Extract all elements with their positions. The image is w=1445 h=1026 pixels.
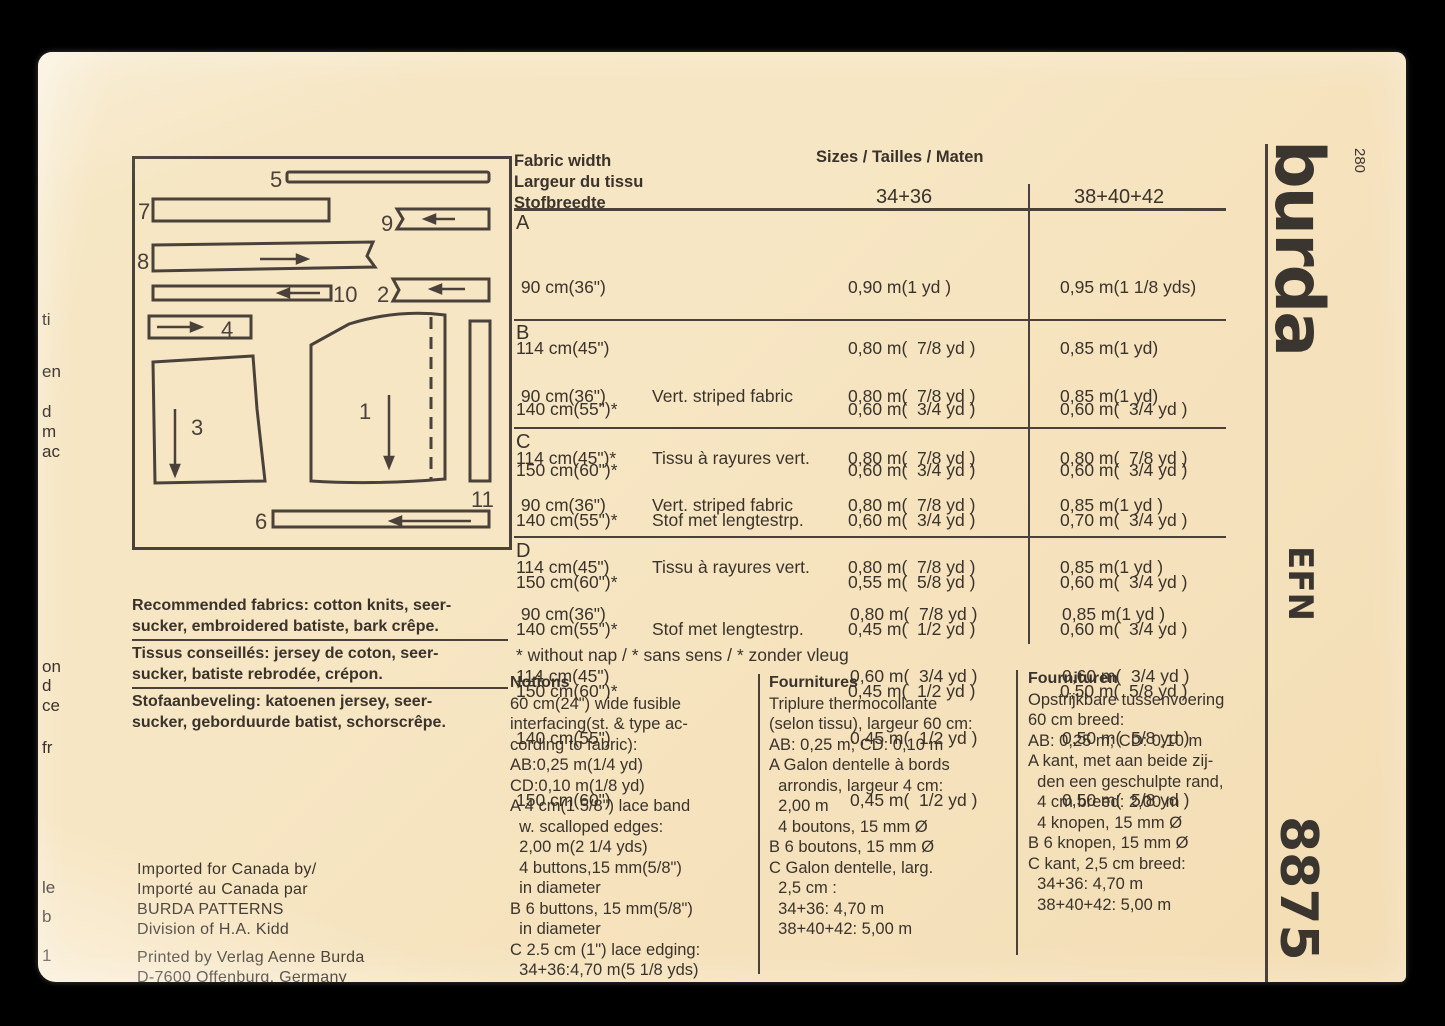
- notion-line: C kant, 2,5 cm breed:: [1028, 854, 1278, 875]
- fabric-note: Tissu à rayures vert.: [652, 557, 810, 577]
- fabric-note: Vert. striped fabric: [652, 495, 793, 515]
- piece-label: 7: [138, 199, 150, 224]
- table-rule: [514, 319, 1226, 321]
- notion-line: interfacing(st. & type ac-: [510, 714, 760, 735]
- notion-line: A 4 cm(1 5/8") lace band: [510, 796, 760, 817]
- edge-fragment: ti: [42, 310, 51, 330]
- imprint-line: BURDA PATTERNS: [137, 900, 316, 920]
- fabric-width: 90 cm(36"): [516, 604, 606, 624]
- notion-line: 34+36: 4,70 m: [1028, 874, 1278, 895]
- notion-line: 38+40+42: 5,00 m: [769, 919, 1019, 940]
- edge-fragment: d: [42, 402, 51, 422]
- piece-label: 4: [221, 317, 233, 342]
- notion-line: A kant, met aan beide zij-: [1028, 751, 1278, 772]
- fabrics-nl-line: Stofaanbeveling: katoenen jersey, seer-: [132, 691, 508, 712]
- notion-line: Triplure thermocollante: [769, 694, 1019, 715]
- fabric-width: 90 cm(36"): [516, 277, 606, 297]
- notion-line: 2,00 m(2 1/4 yds): [510, 837, 760, 858]
- edge-fragment: 1: [42, 946, 51, 966]
- edge-fragment: on: [42, 657, 61, 677]
- notion-line: 60 cm breed:: [1028, 710, 1278, 731]
- notion-line: C 2.5 cm (1") lace edging:: [510, 940, 760, 961]
- notion-line: w. scalloped edges:: [510, 817, 760, 838]
- notions-title-en: Notions: [510, 673, 760, 694]
- view-label: D: [516, 540, 530, 563]
- yardage-34-36: 0,80 m( 7/8 yd ): [848, 338, 975, 358]
- imprint-line: D-7600 Offenburg, Germany: [137, 968, 365, 982]
- notion-line: B 6 knopen, 15 mm Ø: [1028, 833, 1278, 854]
- edge-fragment: fr: [42, 738, 52, 758]
- printer-notice: Printed by Verlag Aenne Burda D-7600 Off…: [137, 948, 365, 982]
- piece-label: 2: [377, 282, 389, 307]
- notion-line: 4 buttons,15 mm(5/8"): [510, 858, 760, 879]
- notion-line: 2,5 cm :: [769, 878, 1019, 899]
- piece-label: 6: [255, 509, 267, 534]
- notions-nl: Fournituren Opstrijkbare tussenvoering 6…: [1028, 669, 1278, 915]
- pattern-envelope-back: ti en d m ac on d ce fr le b 1: [38, 52, 1406, 982]
- fabric-width-label-en: Fabric width: [514, 151, 643, 172]
- fabrics-fr-line: sucker, batiste rebrodée, crépon.: [132, 664, 508, 689]
- fabric-note: Tissu à rayures vert.: [652, 448, 810, 468]
- fabric-width-label-fr: Largeur du tissu: [514, 172, 643, 193]
- notion-line: den een geschulpte rand,: [1028, 772, 1278, 793]
- nap-footnote: * without nap / * sans sens / * zonder v…: [516, 645, 849, 666]
- imprint-line: Imported for Canada by/: [137, 860, 316, 880]
- pattern-pieces-drawing: 5 7 9 8 10 2 4 3 1 11 6: [135, 159, 509, 547]
- notion-line: cording to fabric):: [510, 735, 760, 756]
- piece-label: 9: [381, 211, 393, 236]
- size-group-38-42: 38+40+42: [1074, 186, 1164, 209]
- fabric-note: Stof met lengtestrp.: [652, 619, 804, 639]
- notions-en: Notions 60 cm(24") wide fusible interfac…: [510, 673, 760, 981]
- fabrics-fr-line: Tissus conseillés: jersey de coton, seer…: [132, 643, 508, 664]
- yardage-38-42: 0,85 m(1 yd): [1060, 338, 1158, 358]
- notion-line: 38+40+42: 5,00 m: [1028, 895, 1278, 916]
- column-divider: [1016, 670, 1018, 955]
- burda-logo: burda: [1259, 140, 1338, 355]
- piece-label: 5: [270, 167, 282, 192]
- fabric-width-header: Fabric width Largeur du tissu Stofbreedt…: [514, 151, 643, 214]
- fabric-note: Vert. striped fabric: [652, 386, 793, 406]
- size-group-34-36: 34+36: [876, 186, 932, 209]
- notion-line: 60 cm(24") wide fusible: [510, 694, 760, 715]
- notion-line: in diameter: [510, 919, 760, 940]
- notion-line: B 6 buttons, 15 mm(5/8"): [510, 899, 760, 920]
- language-code: EFN: [1280, 546, 1320, 621]
- fabrics-en-line: sucker, embroidered batiste, bark crêpe.: [132, 616, 508, 641]
- edge-fragment: le: [42, 878, 55, 898]
- piece-label: 8: [137, 249, 149, 274]
- notion-line: 2,00 m: [769, 796, 1019, 817]
- notion-line: B 6 boutons, 15 mm Ø: [769, 837, 1019, 858]
- sizes-header: Sizes / Tailles / Maten: [816, 148, 984, 167]
- notion-line: in diameter: [510, 878, 760, 899]
- notion-line: Opstrijkbare tussenvoering: [1028, 690, 1278, 711]
- notion-line: AB: 0,25 m; CD: 0,10 m: [769, 735, 1019, 756]
- notion-line: 4 cm breed: 2,00 m: [1028, 792, 1278, 813]
- notion-line: A Galon dentelle à bords: [769, 755, 1019, 776]
- notion-line: AB: 0,25 m; CD: 0,10 m: [1028, 731, 1278, 752]
- table-rule: [514, 208, 1226, 211]
- catalog-number: 280: [1351, 148, 1368, 173]
- column-divider: [1028, 184, 1030, 644]
- fabrics-en-line: Recommended fabrics: cotton knits, seer-: [132, 595, 508, 616]
- view-label: C: [516, 431, 530, 454]
- table-rule: [514, 427, 1226, 429]
- view-label: A: [516, 212, 529, 235]
- yardage-34-36: 0,80 m( 7/8 yd ): [848, 386, 975, 406]
- edge-fragment: ac: [42, 442, 60, 462]
- fabric-width: 90 cm(36"): [516, 495, 606, 515]
- edge-fragment: d: [42, 676, 51, 696]
- yardage-38-42: 0,85 m(1 yd): [1060, 386, 1158, 406]
- notion-line: CD:0,10 m(1/8 yd): [510, 776, 760, 797]
- yardage-34-36: 0,80 m( 7/8 yd ): [848, 557, 975, 577]
- notion-line: (selon tissu), largeur 60 cm:: [769, 714, 1019, 735]
- import-notice: Imported for Canada by/ Importé au Canad…: [137, 860, 316, 940]
- notion-line: 4 knopen, 15 mm Ø: [1028, 813, 1278, 834]
- notion-line: C Galon dentelle, larg.: [769, 858, 1019, 879]
- piece-label: 1: [359, 399, 371, 424]
- notion-line: AB:0,25 m(1/4 yd): [510, 755, 760, 776]
- yardage-38-42: 0,80 m( 7/8 yd ): [1060, 448, 1187, 468]
- notion-line: arrondis, largeur 4 cm:: [769, 776, 1019, 797]
- yardage-34-36: 0,80 m( 7/8 yd ): [848, 448, 975, 468]
- column-divider: [758, 674, 760, 974]
- yardage-34-36: 0,80 m( 7/8 yd ): [848, 495, 975, 515]
- recommended-fabrics: Recommended fabrics: cotton knits, seer-…: [132, 595, 508, 733]
- edge-fragment: ce: [42, 696, 60, 716]
- yardage-38-42: 0,85 m(1 yd ): [1060, 557, 1163, 577]
- yardage-38-42: 0,85 m(1 yd ): [1060, 495, 1163, 515]
- notion-line: 34+36: 4,70 m: [769, 899, 1019, 920]
- piece-label: 11: [471, 487, 494, 512]
- edge-fragment: b: [42, 907, 51, 927]
- yardage-38-42: 0,95 m(1 1/8 yds): [1060, 277, 1196, 297]
- yardage-34-36: 0,80 m( 7/8 yd ): [850, 604, 977, 624]
- piece-label: 10: [333, 282, 357, 307]
- notions-title-nl: Fournituren: [1028, 669, 1278, 690]
- pattern-number: 8875: [1268, 816, 1328, 961]
- notions-title-fr: Fournitures: [769, 673, 1019, 694]
- yardage-38-42: 0,85 m(1 yd ): [1062, 604, 1165, 624]
- notion-line: 34+36:4,70 m(5 1/8 yds): [510, 960, 760, 981]
- view-label: B: [516, 322, 529, 345]
- cutting-layout-diagram: 5 7 9 8 10 2 4 3 1 11 6: [132, 156, 512, 550]
- edge-fragment: m: [42, 422, 56, 442]
- edge-text-fragments: ti en d m ac on d ce fr le b 1: [42, 52, 68, 982]
- table-rule: [514, 536, 1226, 538]
- yardage-34-36: 0,90 m(1 yd ): [848, 277, 951, 297]
- piece-label: 3: [191, 415, 203, 440]
- notions-fr: Fournitures Triplure thermocollante (sel…: [769, 673, 1019, 940]
- imprint-line: Importé au Canada par: [137, 880, 316, 900]
- fabrics-nl-line: sucker, geborduurde batist, schorscrêpe.: [132, 712, 508, 733]
- imprint-line: Division of H.A. Kidd: [137, 920, 316, 940]
- imprint-line: Printed by Verlag Aenne Burda: [137, 948, 365, 968]
- notion-line: 4 boutons, 15 mm Ø: [769, 817, 1019, 838]
- edge-fragment: en: [42, 362, 61, 382]
- fabric-width: 90 cm(36"): [516, 386, 606, 406]
